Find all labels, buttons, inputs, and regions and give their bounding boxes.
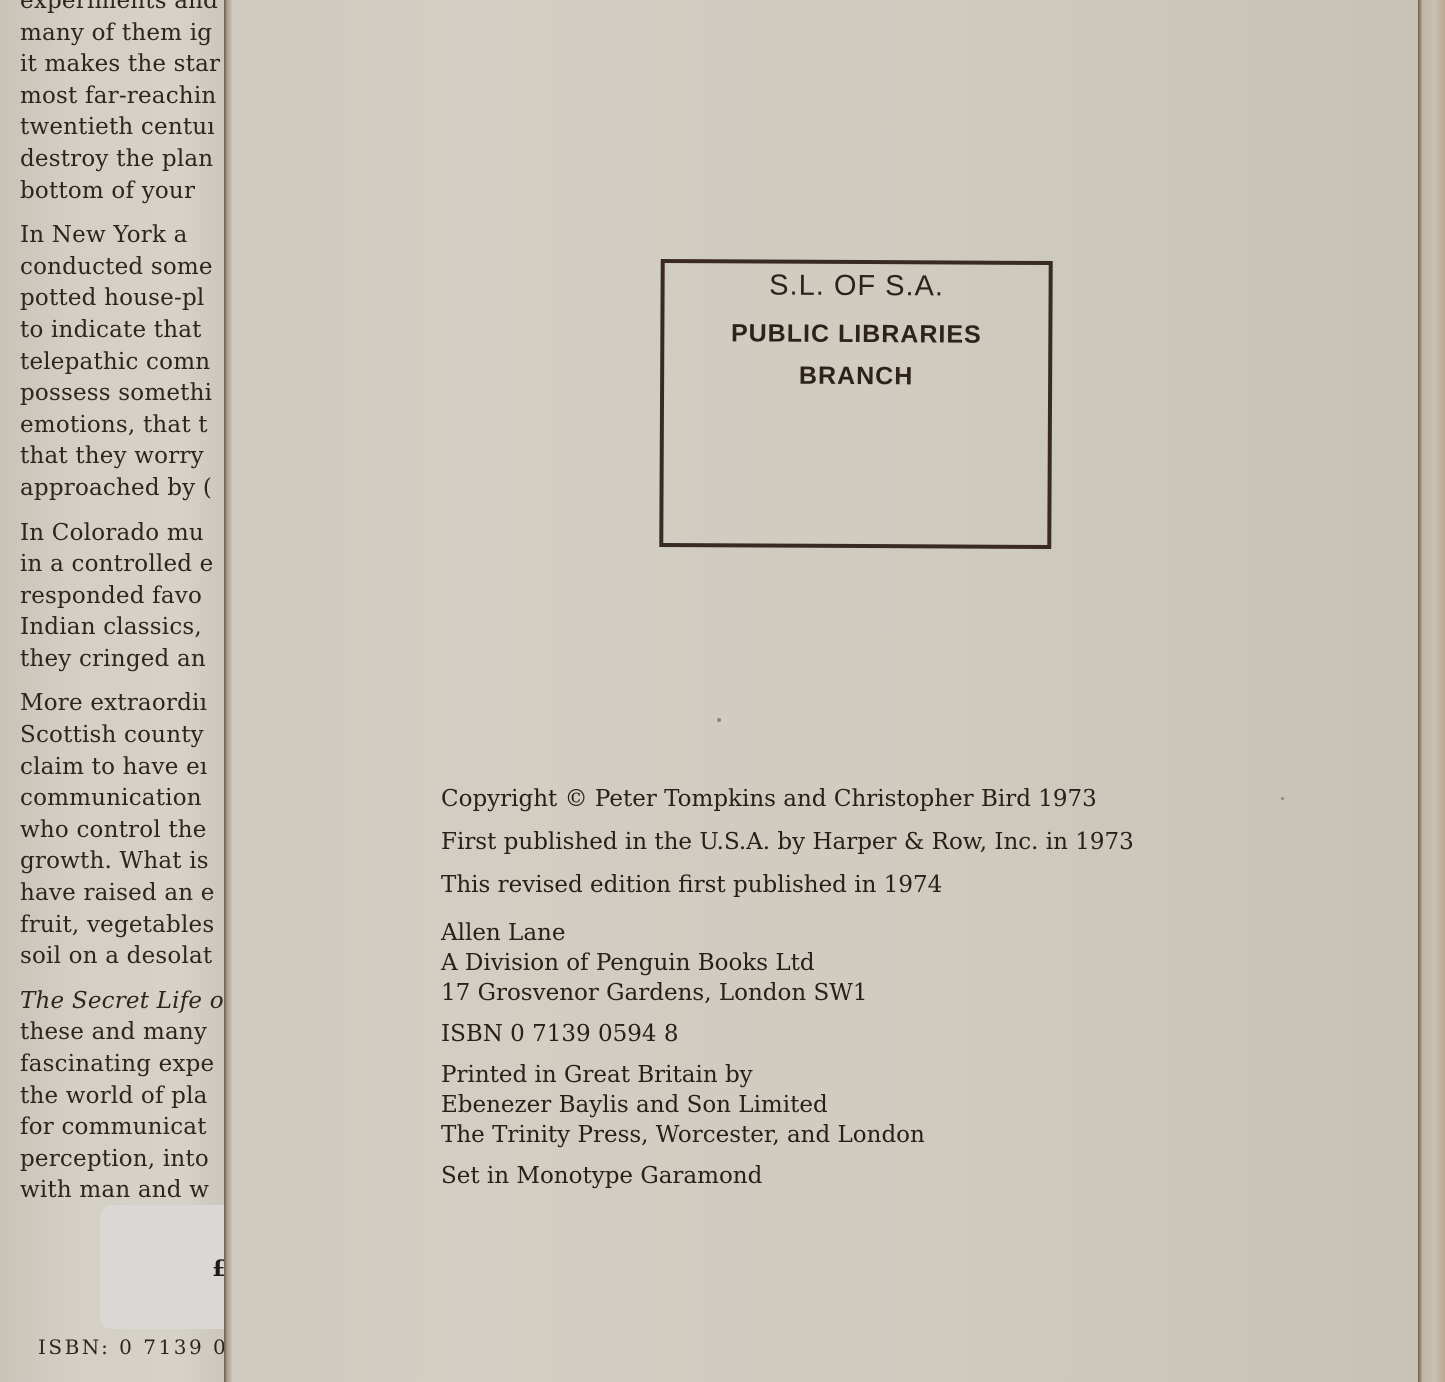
flap-paragraph: In New York a conducted some potted hous… xyxy=(20,220,226,504)
flap-line: with man and w xyxy=(20,1175,226,1207)
flap-line: these and many xyxy=(20,1017,226,1049)
typeface-line: Set in Monotype Garamond xyxy=(441,1161,1134,1191)
flap-line: potted house-pl xyxy=(20,283,226,315)
flap-line: have raised an e xyxy=(20,878,226,910)
flap-line: communication xyxy=(20,783,226,815)
flap-line: conducted some xyxy=(20,252,226,284)
flap-line: perception, into xyxy=(20,1144,226,1176)
flap-paragraph: experiments and many of them ig it makes… xyxy=(20,0,226,207)
flap-line: that they worry xyxy=(20,441,226,473)
flap-line: they cringed an xyxy=(20,644,226,676)
flap-line: Indian classics, xyxy=(20,612,226,644)
flap-line: telepathic comn xyxy=(20,347,226,379)
isbn: ISBN 0 7139 0594 8 xyxy=(441,1019,1134,1049)
publisher-division: A Division of Penguin Books Ltd xyxy=(441,948,1134,978)
flap-line: In Colorado mu xyxy=(20,518,226,550)
flap-line: for communicat xyxy=(20,1112,226,1144)
price-sticker xyxy=(100,1205,226,1329)
flap-line: in a controlled e xyxy=(20,549,226,581)
flap-line: More extraordiı xyxy=(20,688,226,720)
flap-line: to indicate that xyxy=(20,315,226,347)
flap-line: fruit, vegetables xyxy=(20,910,226,942)
paper-speck xyxy=(1281,797,1284,800)
flap-line-book-title: The Secret Life o xyxy=(20,986,226,1018)
stamp-branch: BRANCH xyxy=(664,361,1048,392)
flap-gutter-shadow xyxy=(224,0,232,1382)
flap-blurb: experiments and many of them ig it makes… xyxy=(20,0,226,1220)
flap-line: responded favo xyxy=(20,581,226,613)
flap-paragraph: The Secret Life o these and many fascina… xyxy=(20,986,226,1207)
flap-line: destroy the plan xyxy=(20,144,226,176)
printer-block: Printed in Great Britain by Ebenezer Bay… xyxy=(441,1060,1134,1150)
flap-line: growth. What is xyxy=(20,846,226,878)
flap-line: many of them ig xyxy=(20,18,226,50)
stamp-library-name: S.L. OF S.A. xyxy=(665,269,1049,304)
flap-line: bottom of your xyxy=(20,176,226,208)
flap-line: twentieth centuı xyxy=(20,112,226,144)
flap-line: In New York a xyxy=(20,220,226,252)
flap-line: it makes the star xyxy=(20,49,226,81)
flap-line: approached by ( xyxy=(20,473,226,505)
flap-line: Scottish county xyxy=(20,720,226,752)
printer-line-2: Ebenezer Baylis and Son Limited xyxy=(441,1090,1134,1120)
publication-history: Copyright © Peter Tompkins and Christoph… xyxy=(441,778,1134,907)
flap-line: who control the xyxy=(20,815,226,847)
flap-paragraph: In Colorado mu in a controlled e respond… xyxy=(20,518,226,676)
copyright-line: Copyright © Peter Tompkins and Christoph… xyxy=(441,778,1134,821)
flap-line: most far-reachin xyxy=(20,81,226,113)
dust-jacket-flap: experiments and many of them ig it makes… xyxy=(0,0,226,1382)
flap-line: soil on a desolat xyxy=(20,941,226,973)
publisher-name: Allen Lane xyxy=(441,918,1134,948)
flap-line: possess somethi xyxy=(20,378,226,410)
printer-line-3: The Trinity Press, Worcester, and London xyxy=(441,1120,1134,1150)
stamp-public-libraries: PUBLIC LIBRARIES xyxy=(664,319,1048,350)
imprint-block: Copyright © Peter Tompkins and Christoph… xyxy=(441,778,1134,1202)
publisher-address: 17 Grosvenor Gardens, London SW1 xyxy=(441,978,1134,1008)
first-published-line: First published in the U.S.A. by Harper … xyxy=(441,821,1134,864)
flap-isbn: ISBN: 0 7139 05 xyxy=(38,1335,226,1359)
printer-line-1: Printed in Great Britain by xyxy=(441,1060,1134,1090)
flap-line: claim to have eı xyxy=(20,752,226,784)
flap-line: emotions, that t xyxy=(20,410,226,442)
isbn-block: ISBN 0 7139 0594 8 xyxy=(441,1019,1134,1049)
flap-line: fascinating expe xyxy=(20,1049,226,1081)
revised-edition-line: This revised edition first published in … xyxy=(441,864,1134,907)
flap-line: experiments and xyxy=(20,0,226,18)
flap-line: the world of pla xyxy=(20,1081,226,1113)
paper-speck xyxy=(717,718,721,722)
page-edge xyxy=(1418,0,1445,1382)
typeface-block: Set in Monotype Garamond xyxy=(441,1161,1134,1191)
flap-paragraph: More extraordiı Scottish county claim to… xyxy=(20,688,226,972)
publisher-block: Allen Lane A Division of Penguin Books L… xyxy=(441,918,1134,1008)
library-stamp: S.L. OF S.A. PUBLIC LIBRARIES BRANCH xyxy=(659,259,1053,549)
